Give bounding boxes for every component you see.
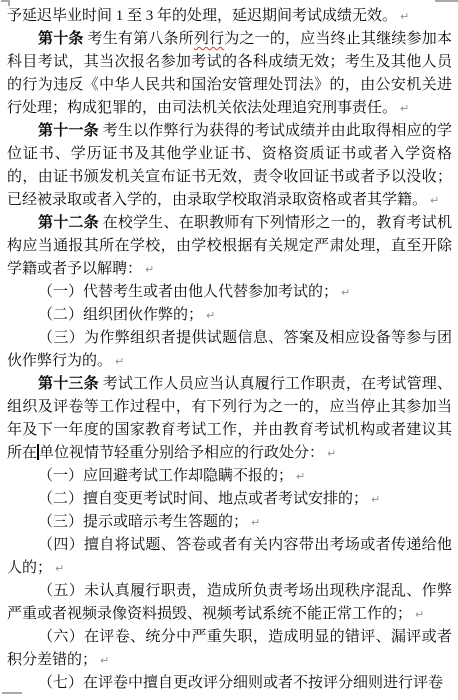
list-item-12-2[interactable]: （二）组织团伙作弊的；↵ (7, 304, 452, 327)
document-text: 予延迟毕业时间 1 至 3 年的处理，延迟期间考试成绩无效。↵第十条 考生有第八… (7, 5, 452, 695)
paragraph-text: 单位视情节轻重分别给予相应的行政处分： (39, 445, 324, 461)
article-number: 第十一条 (38, 123, 99, 139)
paragraph-text: （三）为作弊组织者提供试题信息、答案及相应设备等参与团伙作弊行为的。 (7, 330, 452, 369)
document-page[interactable]: 予延迟毕业时间 1 至 3 年的处理，延迟期间考试成绩无效。↵第十条 考生有第八… (0, 0, 458, 700)
list-item-13-5[interactable]: （五）未认真履行职责，造成所负责考场出现秩序混乱、作弊严重或者视频录像资料损毁、… (7, 580, 452, 626)
paragraph-text: （三）提示或暗示考生答题的； (38, 514, 248, 530)
list-item-13-6[interactable]: （六）在评卷、统分中严重失职，造成明显的错评、漏评或者积分差错的；↵ (7, 626, 452, 672)
paragraph-mark-icon: ↵ (427, 194, 439, 207)
paragraph-mark-icon: ↵ (112, 355, 124, 368)
paragraph-mark-icon: ↵ (52, 562, 64, 575)
list-item-13-2[interactable]: （二）擅自变更考试时间、地点或者考试安排的；↵ (7, 488, 452, 511)
paragraph-mark-icon: ↵ (203, 309, 215, 322)
paragraph-article-13[interactable]: 第十三条 考试工作人员应当认真履行工作职责，在考试管理、组织及评卷等工作过程中，… (7, 373, 452, 465)
paragraph-text: （六）在评卷、统分中严重失职，造成明显的错评、漏评或者积分差错的； (7, 629, 452, 668)
paragraph-text: （二）擅自变更考试时间、地点或者考试安排的； (38, 491, 368, 507)
paragraph-mark-icon: ↵ (324, 447, 336, 460)
paragraph-text: （五）未认真履行职责，造成所负责考场出现秩序混乱、作弊严重或者视频录像资料损毁、… (7, 583, 452, 622)
paragraph-mark-icon: ↵ (397, 10, 409, 23)
list-item-12-1[interactable]: （一）代替考生或者由他人代替参加考试的；↵ (7, 281, 452, 304)
paragraph-text: （四）擅自将试题、答卷或者有关内容带出考场或者传递给他人的； (7, 537, 452, 576)
paragraph-article-12[interactable]: 第十二条 在校学生、在职教师有下列情形之一的，教育考试机构应当通报其所在学校，由… (7, 212, 452, 281)
paragraph-mark-icon: ↵ (142, 263, 154, 276)
paragraph-text: （一）代替考生或者由他人代替参加考试的； (38, 284, 338, 300)
paragraph-text: 考生有第八条所 (84, 31, 194, 47)
list-item-13-1[interactable]: （一）应回避考试工作却隐瞒不报的；↵ (7, 465, 452, 488)
paragraph-mark-icon: ↵ (368, 493, 380, 506)
paragraph-text: （一）应回避考试工作却隐瞒不报的； (38, 468, 293, 484)
article-number: 第十二条 (38, 215, 99, 231)
paragraph-mark-icon: ↵ (338, 286, 350, 299)
article-number: 第十三条 (38, 376, 99, 392)
list-item-13-3[interactable]: （三）提示或暗示考生答题的；↵ (7, 511, 452, 534)
paragraph-article-10[interactable]: 第十条 考生有第八条所列行为之一的，应当终止其继续参加本科目考试，其当次报名参加… (7, 28, 452, 120)
misspelled-text: 列行 (194, 31, 224, 47)
paragraph-article-11[interactable]: 第十一条 考生以作弊行为获得的考试成绩并由此取得相应的学位证书、学历证书及其他学… (7, 120, 452, 212)
text-boundary-mark-bottom-left (2, 692, 22, 694)
paragraph-continuation[interactable]: 予延迟毕业时间 1 至 3 年的处理，延迟期间考试成绩无效。↵ (7, 5, 452, 28)
paragraph-mark-icon: ↵ (412, 608, 424, 621)
list-item-12-3[interactable]: （三）为作弊组织者提供试题信息、答案及相应设备等参与团伙作弊行为的。↵ (7, 327, 452, 373)
paragraph-text: （七）在评卷中擅自更改评分细则或者不按评分细则进行评卷 (38, 675, 443, 691)
list-item-13-7[interactable]: （七）在评卷中擅自更改评分细则或者不按评分细则进行评卷 (7, 672, 452, 695)
text-boundary-mark-top-right (435, 0, 458, 2)
paragraph-text: 予延迟毕业时间 1 至 3 年的处理，延迟期间考试成绩无效。 (7, 8, 397, 24)
article-number: 第十条 (38, 31, 84, 47)
paragraph-mark-icon: ↵ (293, 470, 305, 483)
paragraph-text: （二）组织团伙作弊的； (38, 307, 203, 323)
paragraph-mark-icon: ↵ (97, 654, 109, 667)
paragraph-mark-icon: ↵ (248, 516, 260, 529)
paragraph-mark-icon: ↵ (397, 102, 409, 115)
text-boundary-mark-top-left-vertical (8, 0, 10, 6)
list-item-13-4[interactable]: （四）擅自将试题、答卷或者有关内容带出考场或者传递给他人的；↵ (7, 534, 452, 580)
